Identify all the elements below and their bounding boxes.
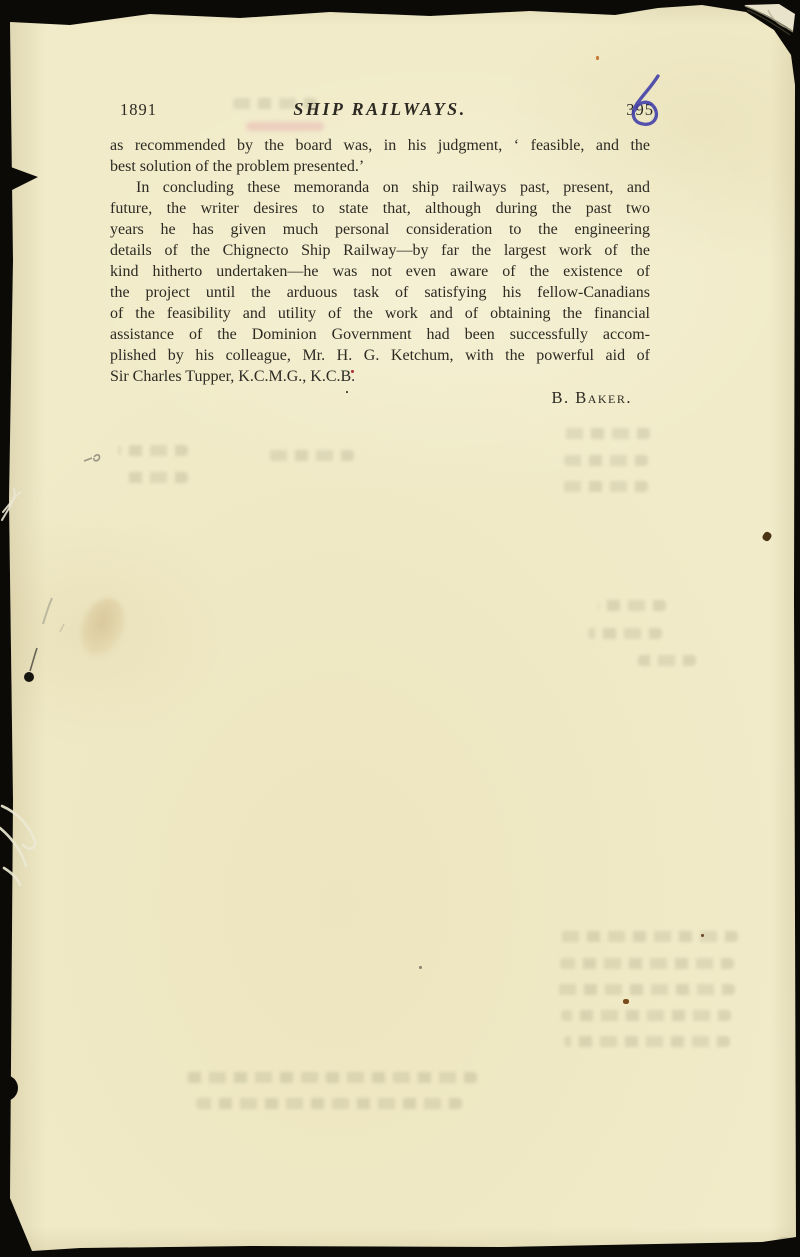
paragraph: as recommended by the board was, in his … xyxy=(110,135,650,177)
page-number: 395 xyxy=(626,100,654,120)
text-line: plished by his colleague, Mr. H. G. Ketc… xyxy=(110,345,650,366)
paragraph: In concluding these memoranda on ship ra… xyxy=(110,177,650,387)
text-line: best solution of the problem presented.’ xyxy=(110,156,650,177)
text-line: as recommended by the board was, in his … xyxy=(110,135,650,156)
paper-speck xyxy=(761,531,773,543)
page-header: 1891 SHIP RAILWAYS. 395 xyxy=(110,100,650,120)
body-text: as recommended by the board was, in his … xyxy=(110,135,650,387)
scan-background: { "document": { "header": { "year": "189… xyxy=(0,0,800,1257)
page-title: SHIP RAILWAYS. xyxy=(110,99,650,120)
pink-smudge xyxy=(246,122,324,131)
signature: B. Baker. xyxy=(110,388,632,409)
text-line: years he has given much personal conside… xyxy=(110,219,650,240)
text-line: of the feasibility and utility of the wo… xyxy=(110,303,650,324)
brown-stain xyxy=(73,592,132,664)
book-page: 1891 SHIP RAILWAYS. 395 as recommended b… xyxy=(0,0,800,1257)
text-line: kind hitherto undertaken—he was not even… xyxy=(110,261,650,282)
paper-speck xyxy=(701,934,704,937)
text-line: the project until the arduous task of sa… xyxy=(110,282,650,303)
paper-speck xyxy=(596,56,599,60)
text-line: In concluding these memoranda on ship ra… xyxy=(110,177,650,198)
text-line: details of the Chignecto Ship Railway—by… xyxy=(110,240,650,261)
paper-speck xyxy=(623,999,629,1004)
paper-speck xyxy=(419,966,422,969)
corner-smudge xyxy=(776,1238,794,1248)
text-line: future, the writer desires to state that… xyxy=(110,198,650,219)
text-line: Sir Charles Tupper, K.C.M.G., K.C.B. xyxy=(110,366,650,387)
text-line: assistance of the Dominion Government ha… xyxy=(110,324,650,345)
